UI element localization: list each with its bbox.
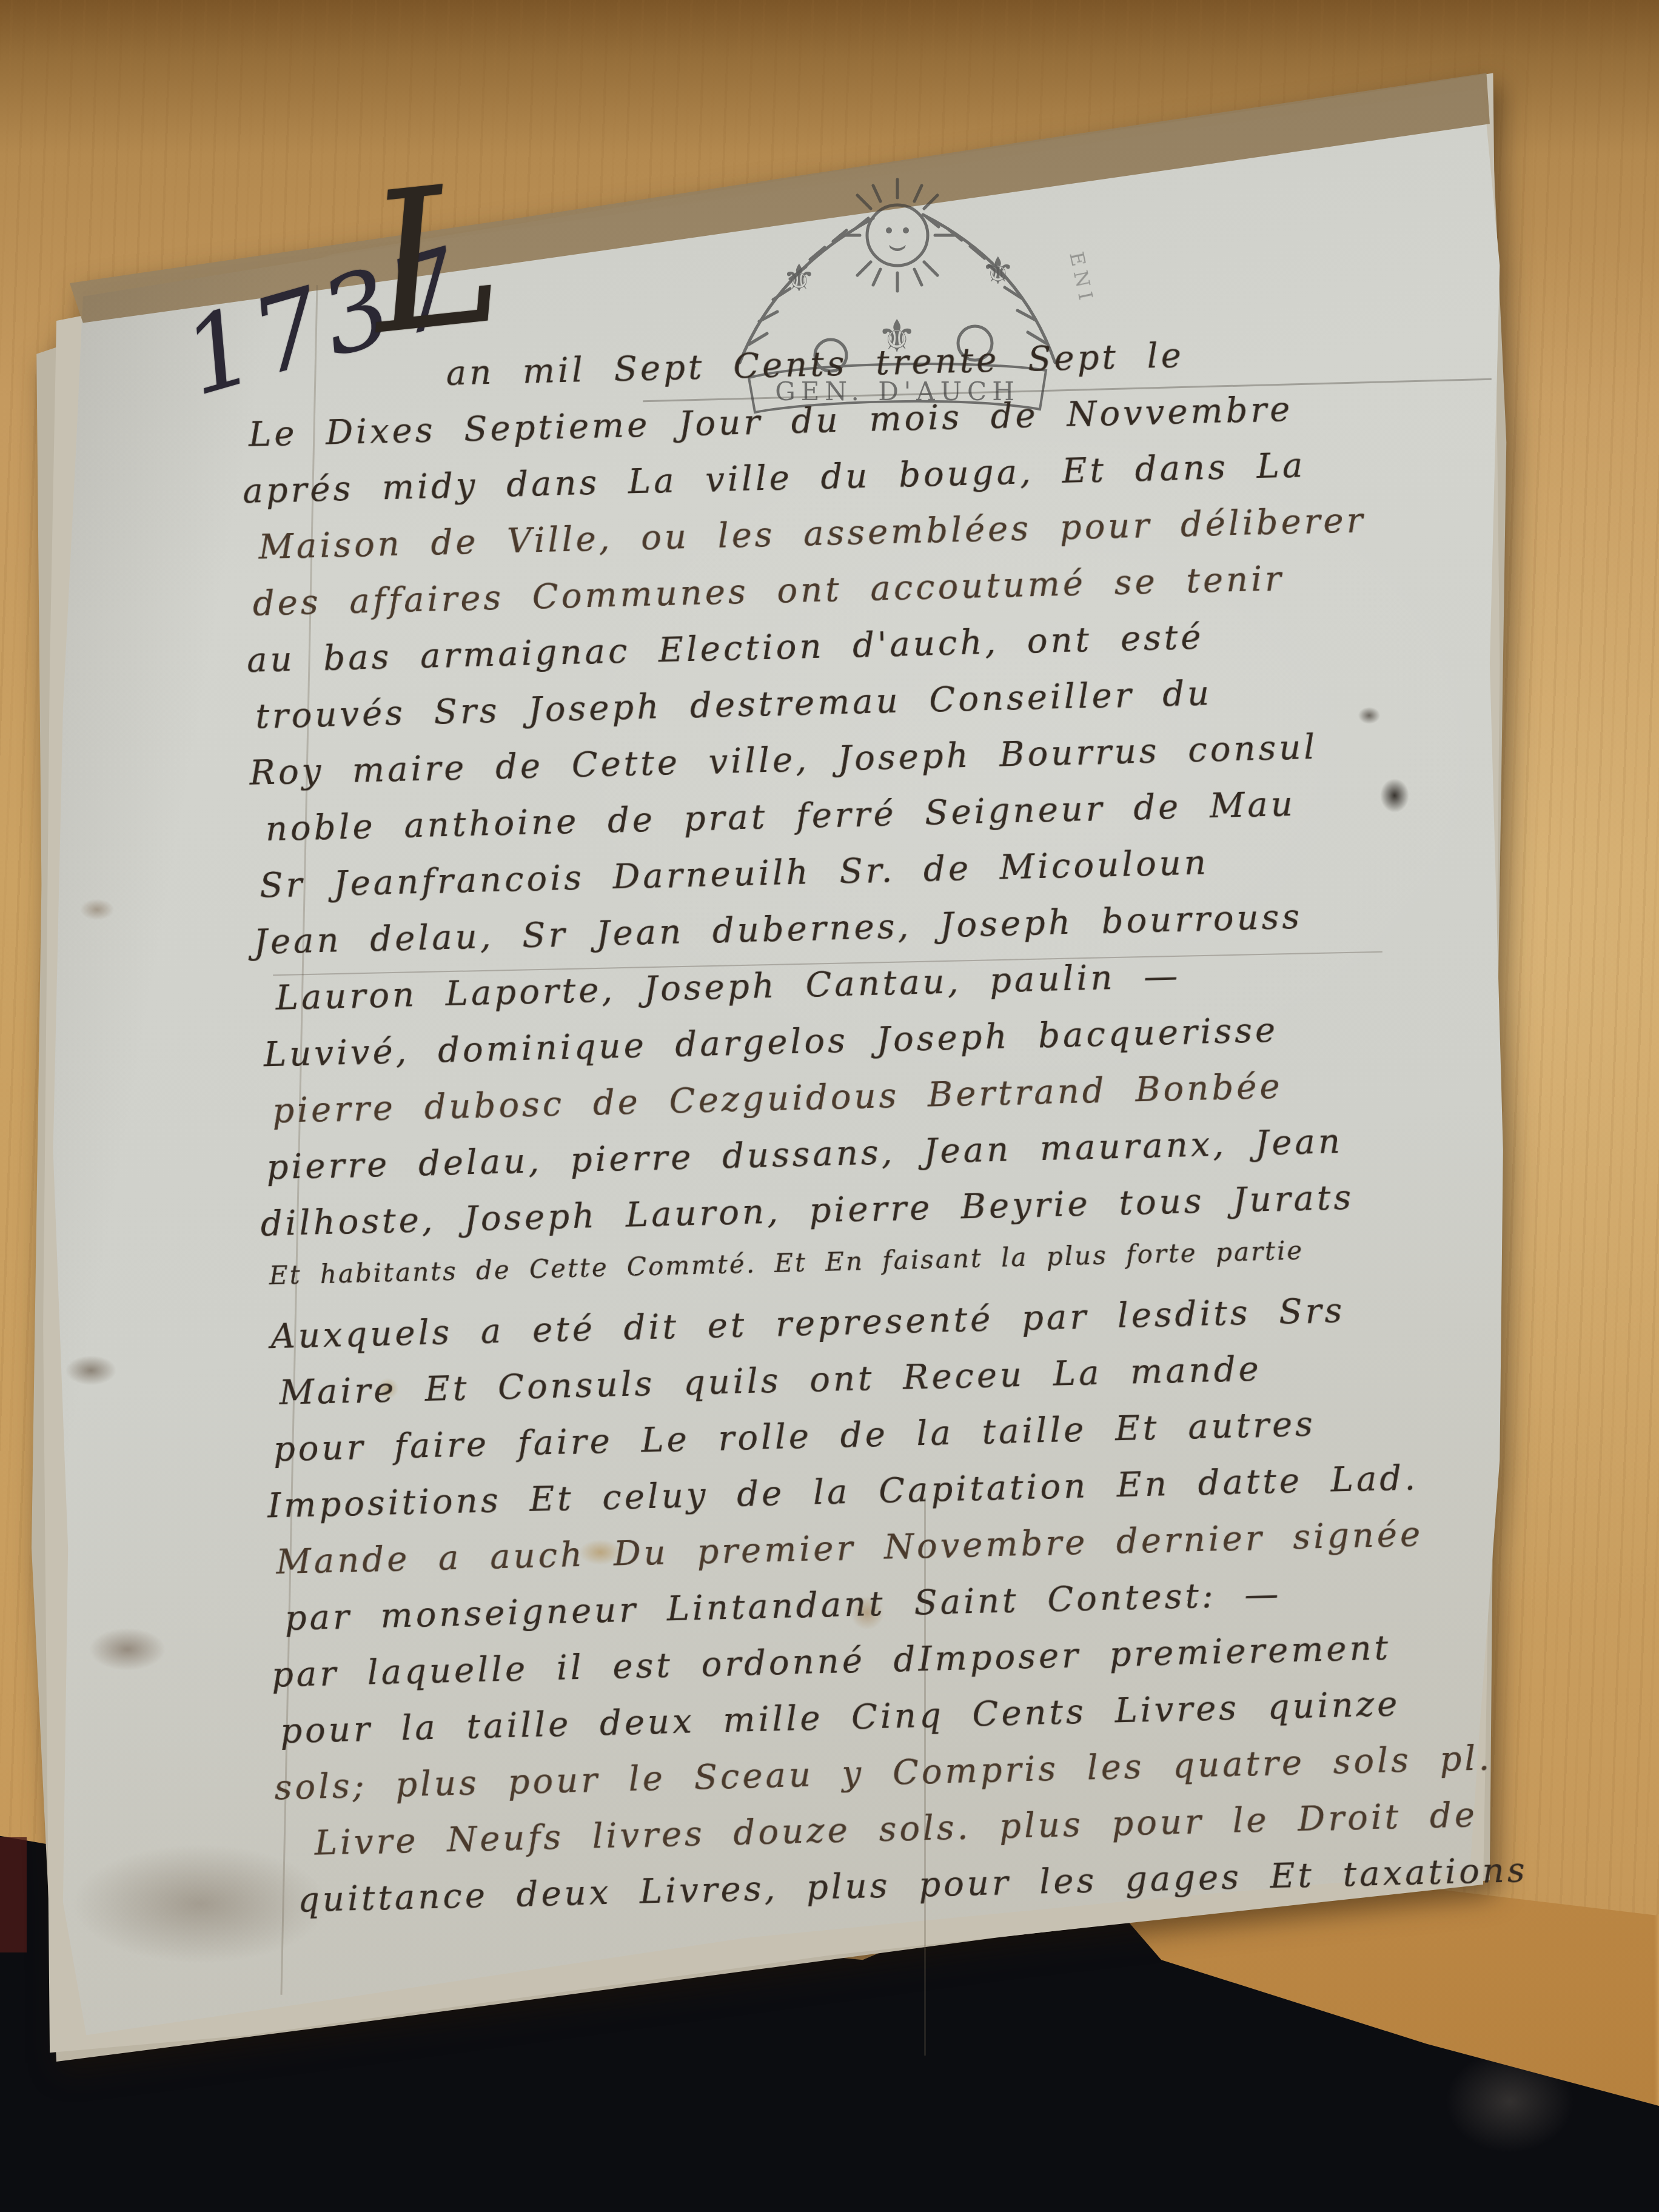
stamp-side-letters: ENI (1065, 250, 1098, 307)
calligraphic-initial: L (361, 156, 509, 361)
stamp-sun-icon (867, 205, 928, 266)
photo-of-manuscript: { "annotations": { "year": "1737" }, "st… (0, 0, 1659, 2212)
fleur-de-lis-icon: ⚜ (981, 249, 1015, 293)
fleur-de-lis-icon: ⚜ (782, 256, 816, 300)
manuscript-text-block: an mil Sept Cents trente Sept leLe Dixes… (240, 327, 1563, 1937)
